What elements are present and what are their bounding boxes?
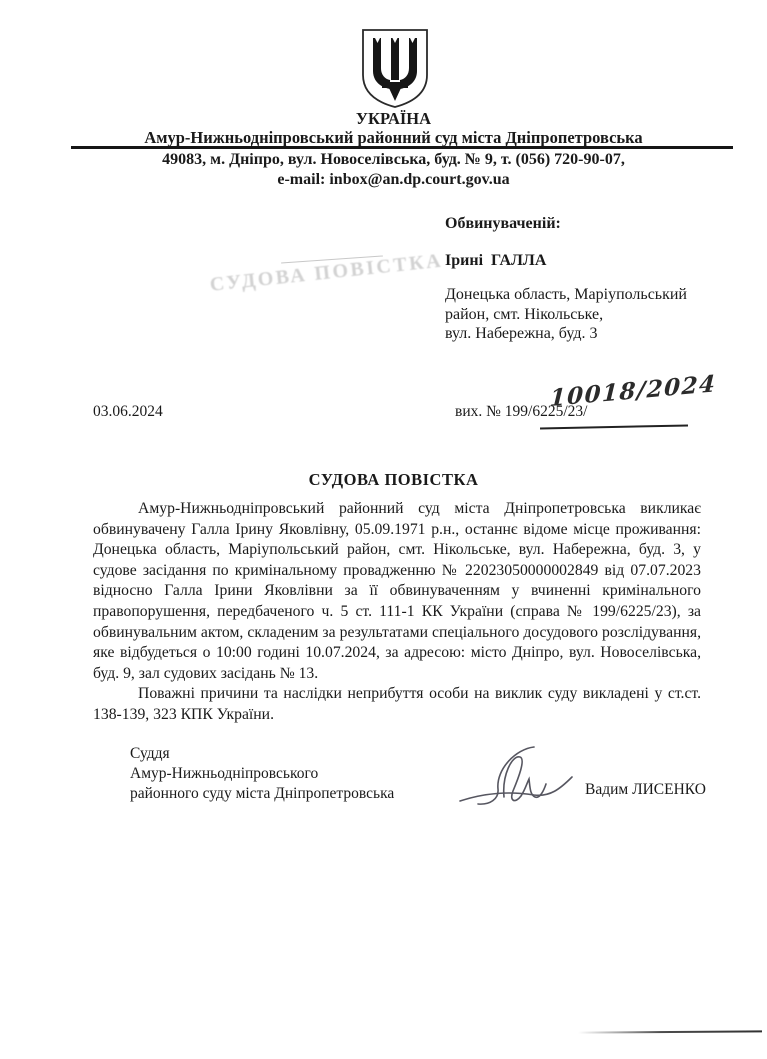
- document-date: 03.06.2024: [93, 403, 163, 421]
- court-name: Амур-Нижньодніпровський районний суд міс…: [30, 128, 757, 148]
- recipient-address-line: Донецька область, Маріупольський: [445, 285, 705, 305]
- judge-position-line: Амур-Нижньодніпровського: [130, 764, 394, 784]
- judge-name: Вадим ЛИСЕНКО: [585, 781, 706, 799]
- recipient-address: Донецька область, Маріупольський район, …: [445, 285, 705, 344]
- court-summons-document: УКРАЇНА Амур-Нижньодніпровський районний…: [0, 0, 767, 1059]
- summons-body: Амур-Нижньодніпровський районний суд міс…: [93, 499, 701, 726]
- judge-position: Суддя Амур-Нижньодніпровського районного…: [130, 744, 394, 804]
- court-email: e-mail: inbox@an.dp.court.gov.ua: [30, 171, 757, 189]
- judge-signature-icon: [446, 735, 576, 817]
- outgoing-number-handwritten: 10018/2024: [549, 370, 717, 412]
- recipient-address-line: район, смт. Нікольське,: [445, 305, 705, 325]
- recipient-name: Ірині ГАЛЛА: [445, 252, 546, 270]
- summons-paragraph-2: Поважні причини та наслідки неприбуття о…: [93, 684, 701, 725]
- country-name: УКРАЇНА: [30, 109, 757, 129]
- outgoing-number-underline: [540, 424, 688, 429]
- judge-position-line: Суддя: [130, 744, 394, 764]
- ukraine-trident-icon: [356, 27, 434, 109]
- header-divider: [71, 146, 733, 149]
- scan-artifact-line: [578, 1030, 762, 1033]
- recipient-label: Обвинуваченій:: [445, 215, 561, 233]
- document-title: СУДОВА ПОВІСТКА: [30, 470, 757, 490]
- judge-position-line: районного суду міста Дніпропетровська: [130, 784, 394, 804]
- summons-paragraph-1: Амур-Нижньодніпровський районний суд міс…: [93, 499, 701, 684]
- court-address: 49083, м. Дніпро, вул. Новоселівська, бу…: [30, 151, 757, 169]
- recipient-address-line: вул. Набережна, буд. 3: [445, 324, 705, 344]
